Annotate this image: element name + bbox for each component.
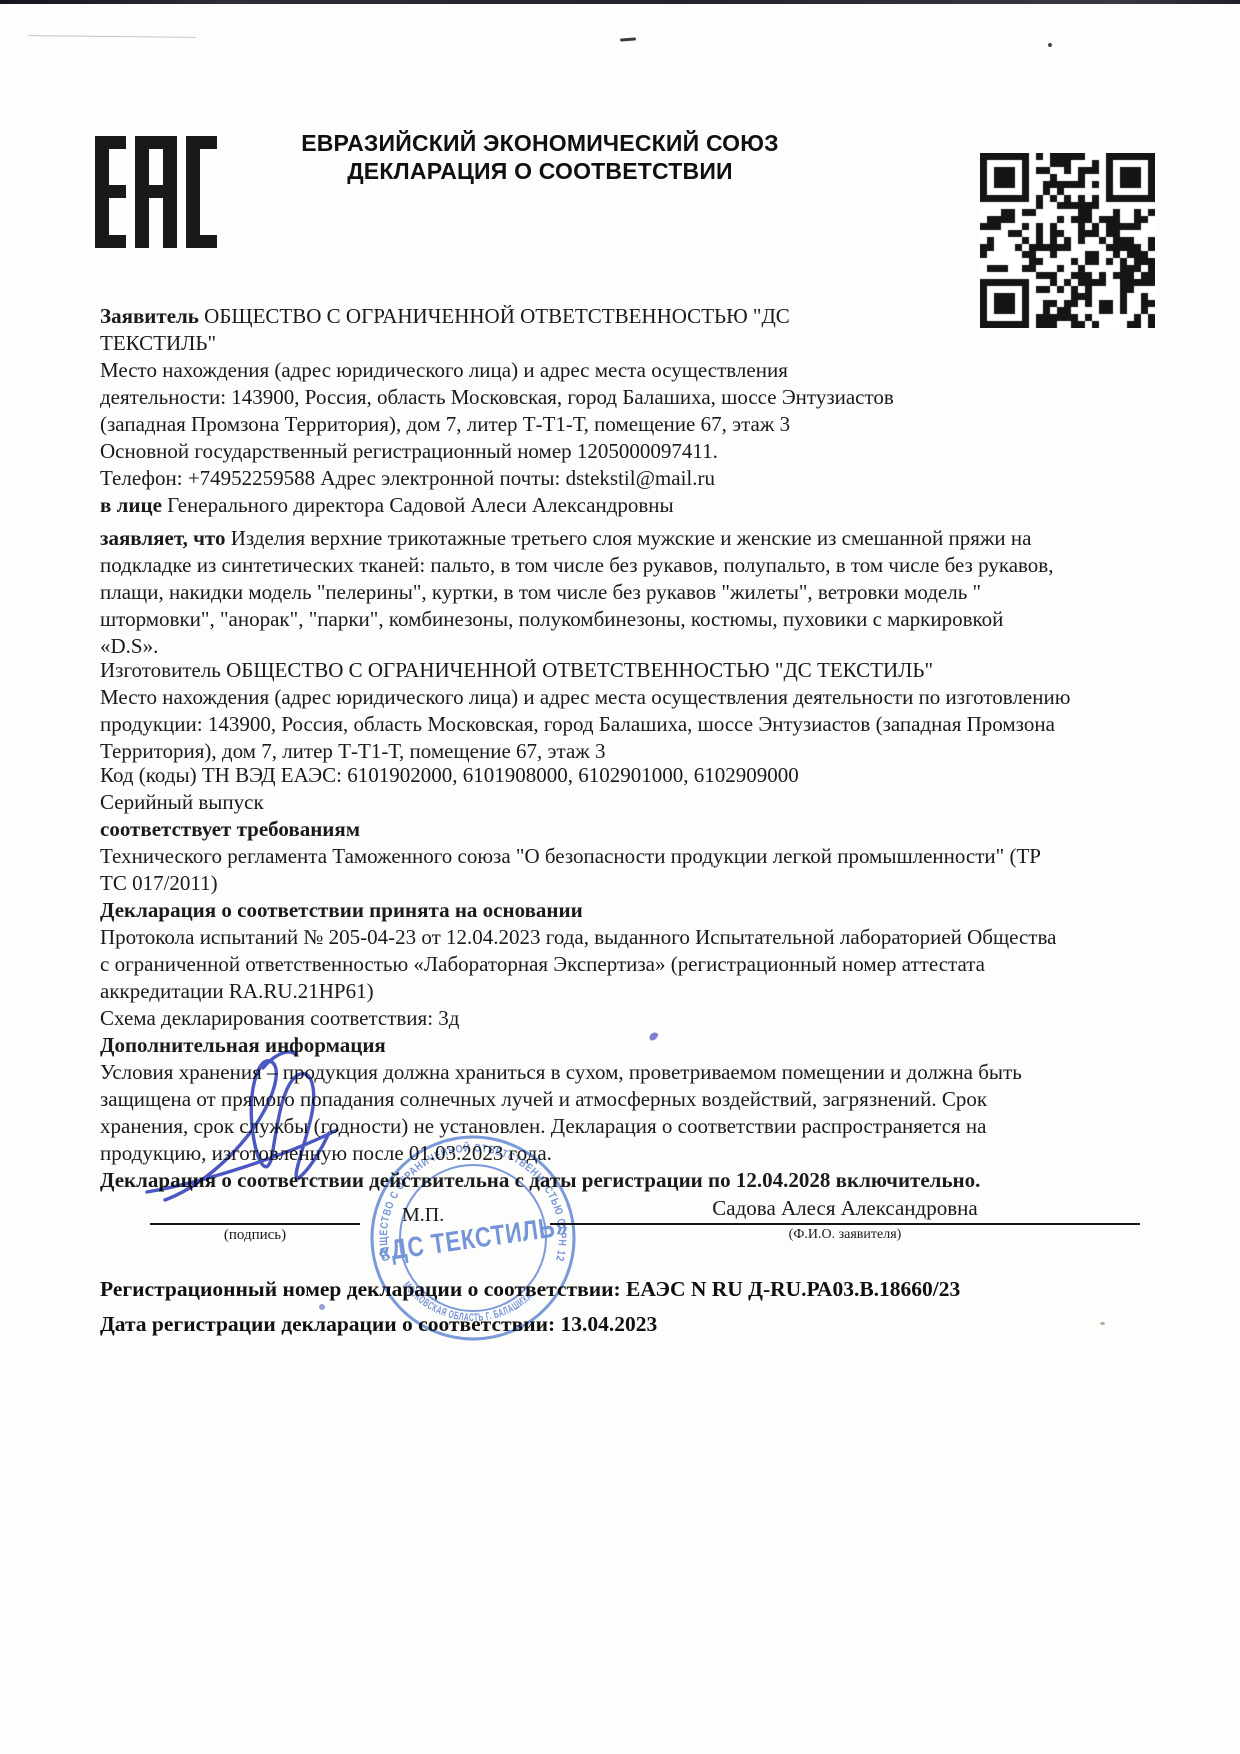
text-segment: «D.S». (100, 634, 158, 658)
stamp-ring-text-bottom: МОСКОВСКАЯ ОБЛАСТЬ Г. БАЛАШИХА (401, 1280, 535, 1325)
text-segment: Изделия верхние трикотажные третьего сло… (231, 526, 1032, 550)
text-segment: Серийный выпуск (100, 790, 264, 814)
text-line: подкладке из синтетических тканей: пальт… (100, 552, 1148, 579)
text-segment: ОБЩЕСТВО С ОГРАНИЧЕННОЙ ОТВЕТСТВЕННОСТЬЮ… (204, 304, 790, 328)
signature-caption: (подпись) (150, 1227, 360, 1244)
text-line: Место нахождения (адрес юридического лиц… (100, 357, 1148, 384)
text-line: Регистрационный номер декларации о соотв… (100, 1276, 1148, 1303)
text-line: Изготовитель ОБЩЕСТВО С ОГРАНИЧЕННОЙ ОТВ… (100, 657, 1148, 684)
text-segment: продукции: 143900, Россия, область Моско… (100, 712, 1055, 736)
stamp-center-text: «ДС ТЕКСТИЛЬ» (376, 1210, 570, 1267)
title-line-2: ДЕКЛАРАЦИЯ О СООТВЕТСТВИИ (255, 157, 825, 185)
scan-hairline-artifact (28, 35, 196, 38)
text-line: (западная Промзона Территория), дом 7, л… (100, 411, 1148, 438)
signature-line (150, 1223, 360, 1225)
text-segment: Протокола испытаний № 205-04-23 от 12.04… (100, 925, 1056, 949)
text-segment: Место нахождения (адрес юридического лиц… (100, 358, 788, 382)
text-segment: Генерального директора Садовой Алеси Але… (167, 493, 674, 517)
text-line: Технического регламента Таможенного союз… (100, 843, 1148, 870)
scan-dash-artifact (620, 37, 636, 41)
bold-text-segment: соответствует требованиям (100, 817, 360, 841)
text-line: Основной государственный регистрационный… (100, 438, 1148, 465)
text-segment: штормовки", "анорак", "парки", комбинезо… (100, 607, 1003, 631)
text-line: Территория), дом 7, литер Т-Т1-Т, помеще… (100, 738, 1148, 765)
text-segment: Территория), дом 7, литер Т-Т1-Т, помеще… (100, 739, 606, 763)
company-round-stamp: ОБЩЕСТВО С ОГРАНИЧЕННОЙ ОТВЕТСТВЕННОСТЬЮ… (363, 1132, 583, 1344)
text-line: Место нахождения (адрес юридического лиц… (100, 684, 1148, 711)
text-line: Телефон: +74952259588 Адрес электронной … (100, 465, 1148, 492)
applicant-caption: (Ф.И.О. заявителя) (550, 1227, 1140, 1243)
text-line: Код (коды) ТН ВЭД ЕАЭС: 6101902000, 6101… (100, 762, 1148, 789)
text-segment: ТЕКСТИЛЬ" (100, 331, 216, 355)
bold-text-segment: Заявитель (100, 304, 204, 328)
text-line: «D.S». (100, 633, 1148, 660)
text-segment: Изготовитель ОБЩЕСТВО С ОГРАНИЧЕННОЙ ОТВ… (100, 658, 933, 682)
text-segment: Место нахождения (адрес юридического лиц… (100, 685, 1070, 709)
text-line: ТЕКСТИЛЬ" (100, 330, 1148, 357)
text-line: соответствует требованиям (100, 816, 1148, 843)
text-segment: деятельности: 143900, Россия, область Мо… (100, 385, 894, 409)
qr-code (980, 153, 1155, 328)
text-line: Схема декларирования соответствия: 3д (100, 1005, 1148, 1032)
text-line: заявляет, что Изделия верхние трикотажны… (100, 525, 1148, 552)
eac-conformity-mark-icon (95, 136, 217, 248)
bold-text-segment: в лице (100, 493, 167, 517)
text-line: Серийный выпуск (100, 789, 1148, 816)
text-line: плащи, накидки модель "пелерины", куртки… (100, 579, 1148, 606)
text-line: Дата регистрации декларации о соответств… (100, 1311, 1148, 1338)
document-title: ЕВРАЗИЙСКИЙ ЭКОНОМИЧЕСКИЙ СОЮЗ ДЕКЛАРАЦИ… (255, 129, 825, 185)
text-segment: Код (коды) ТН ВЭД ЕАЭС: 6101902000, 6101… (100, 763, 799, 787)
handwritten-signature (135, 1038, 347, 1218)
applicant-name-line (550, 1223, 1140, 1225)
text-line: продукции: 143900, Россия, область Моско… (100, 711, 1148, 738)
applicant-name: Садова Алеся Александровна (550, 1196, 1140, 1221)
text-line: ТС 017/2011) (100, 870, 1148, 897)
declaration-document-page: ЕВРАЗИЙСКИЙ ЭКОНОМИЧЕСКИЙ СОЮЗ ДЕКЛАРАЦИ… (0, 0, 1240, 1754)
text-line: деятельности: 143900, Россия, область Мо… (100, 384, 1148, 411)
text-line: Заявитель ОБЩЕСТВО С ОГРАНИЧЕННОЙ ОТВЕТС… (100, 303, 1148, 330)
text-segment: плащи, накидки модель "пелерины", куртки… (100, 580, 981, 604)
text-segment: Технического регламента Таможенного союз… (100, 844, 1041, 868)
text-segment: Телефон: +74952259588 Адрес электронной … (100, 466, 715, 490)
text-segment: с ограниченной ответственностью «Лаборат… (100, 952, 985, 976)
scan-dot-artifact (1048, 43, 1052, 47)
bold-text-segment: Декларация о соответствии принята на осн… (100, 898, 583, 922)
text-segment: (западная Промзона Территория), дом 7, л… (100, 412, 790, 436)
scan-edge-artifact (0, 0, 1240, 4)
text-line: с ограниченной ответственностью «Лаборат… (100, 951, 1148, 978)
text-segment: Схема декларирования соответствия: 3д (100, 1006, 459, 1030)
document-footer: Регистрационный номер декларации о соотв… (100, 1276, 1148, 1338)
bold-text-segment: заявляет, что (100, 526, 231, 550)
text-line: штормовки", "анорак", "парки", комбинезо… (100, 606, 1148, 633)
text-segment: подкладке из синтетических тканей: пальт… (100, 553, 1053, 577)
text-line: Декларация о соответствии принята на осн… (100, 897, 1148, 924)
text-segment: Основной государственный регистрационный… (100, 439, 718, 463)
title-line-1: ЕВРАЗИЙСКИЙ ЭКОНОМИЧЕСКИЙ СОЮЗ (255, 129, 825, 157)
text-line: в лице Генерального директора Садовой Ал… (100, 492, 1148, 519)
text-segment: ТС 017/2011) (100, 871, 218, 895)
text-segment: аккредитации RA.RU.21НР61) (100, 979, 374, 1003)
text-line: Протокола испытаний № 205-04-23 от 12.04… (100, 924, 1148, 951)
text-line: аккредитации RA.RU.21НР61) (100, 978, 1148, 1005)
